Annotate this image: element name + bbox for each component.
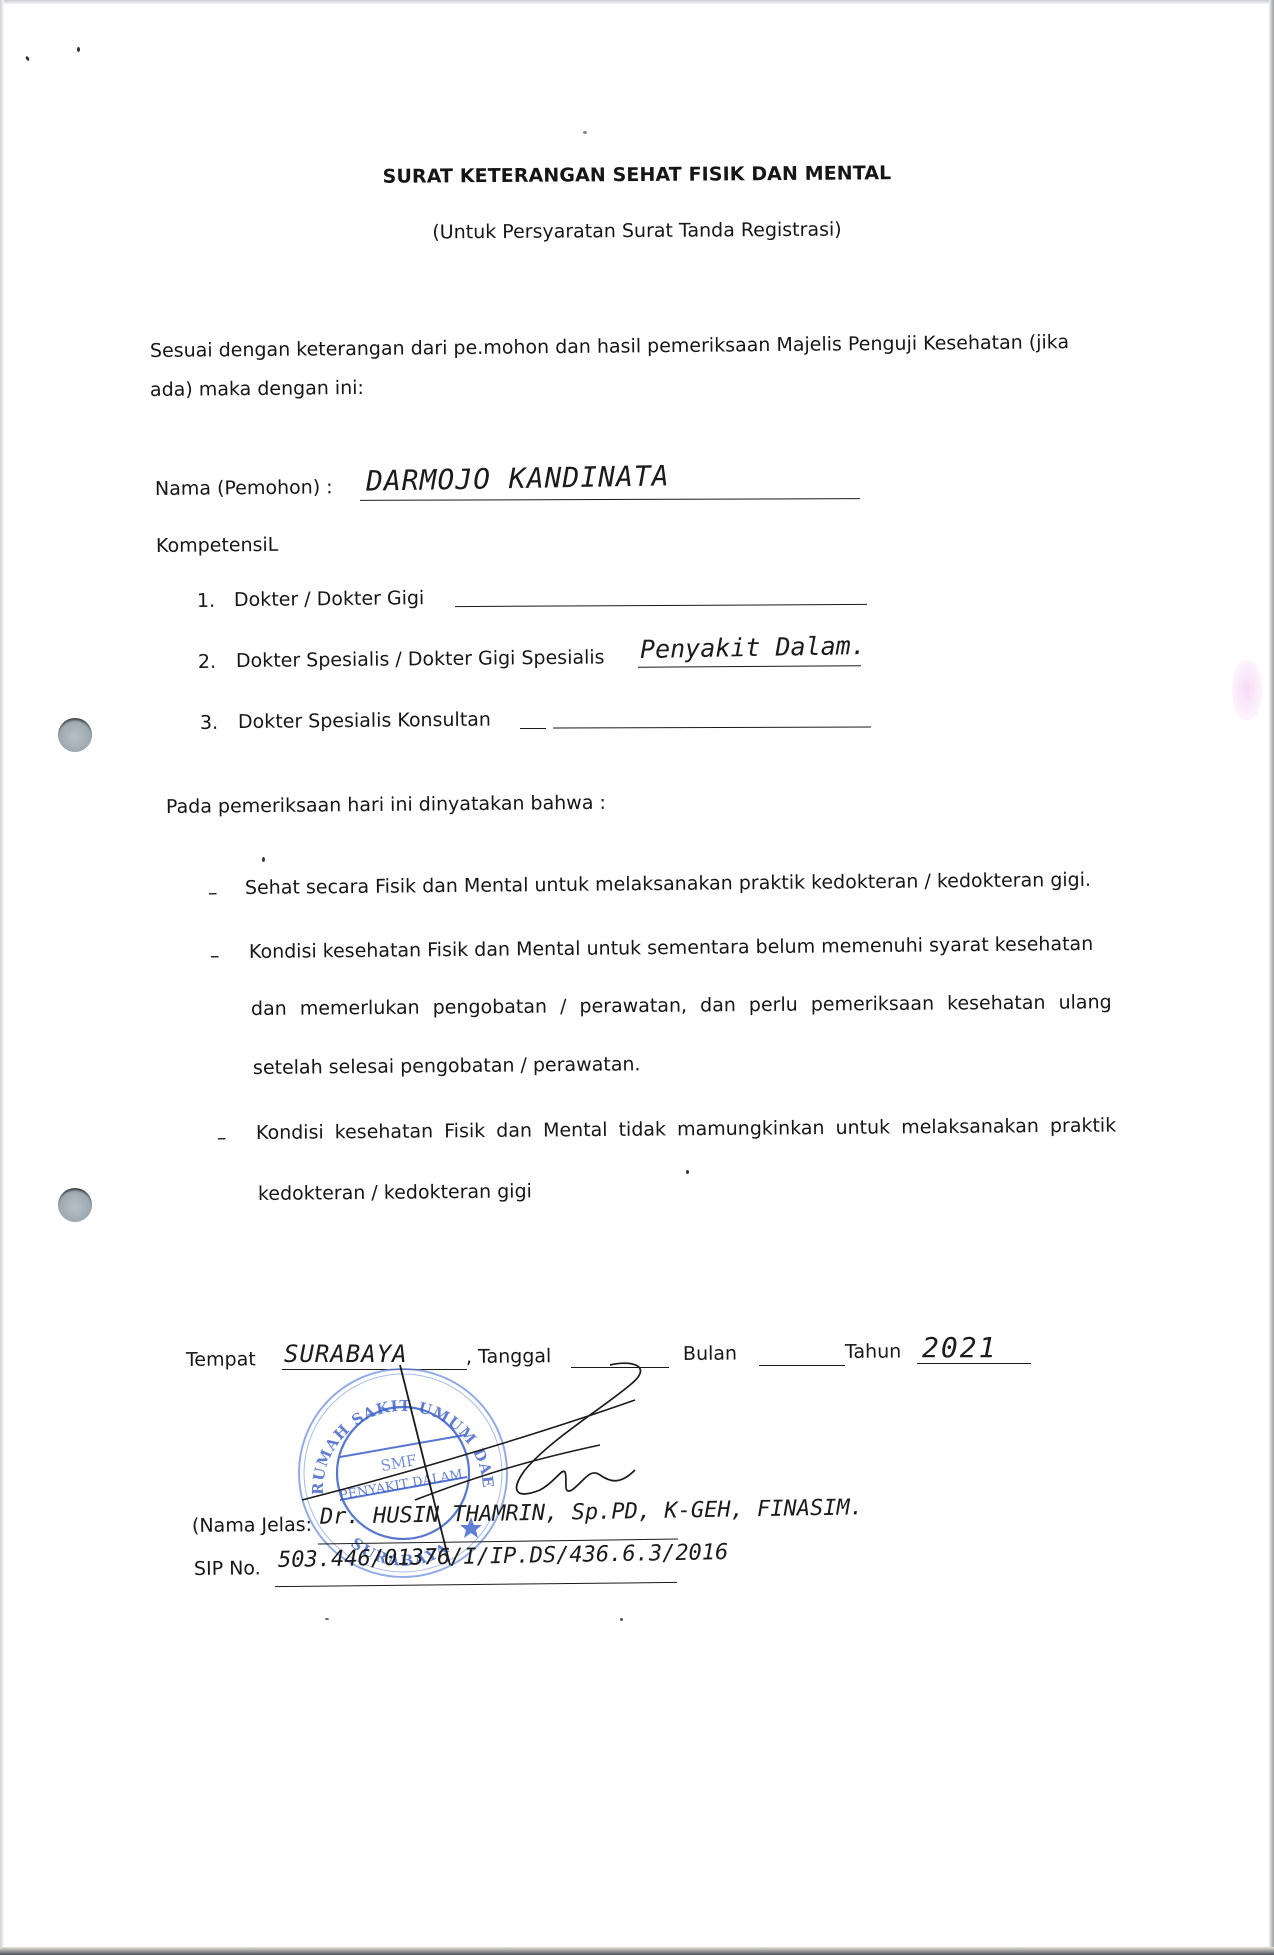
year-value[interactable]: 2021	[922, 1331, 997, 1364]
punch-hole-icon	[58, 718, 92, 752]
statement-3-bullet: –	[217, 1127, 227, 1149]
competence-item-1-underline	[455, 604, 867, 607]
dust-speck	[77, 47, 80, 52]
sip-number-label: SIP No.	[194, 1557, 261, 1580]
scan-edge-top	[0, 0, 1274, 4]
competence-item-1-label: Dokter / Dokter Gigi	[234, 587, 424, 611]
place-label: Tempat	[186, 1348, 256, 1371]
sip-number-underline	[275, 1582, 677, 1587]
dust-speck	[583, 131, 587, 134]
competence-item-3-underline-short	[520, 728, 546, 729]
competence-item-2-value[interactable]: Penyakit Dalam.	[640, 631, 866, 664]
competence-item-2-number: 2.	[198, 651, 216, 673]
applicant-name-value[interactable]: DARMOJO KANDINATA	[366, 459, 670, 497]
dust-speck	[262, 857, 265, 862]
applicant-name-underline	[360, 498, 860, 501]
competence-item-3-label: Dokter Spesialis Konsultan	[238, 709, 491, 733]
statement-1-bullet: –	[208, 882, 218, 904]
pink-smudge	[1232, 660, 1262, 720]
scan-edge-left	[0, 0, 4, 1955]
intro-text-line-1: Sesuai dengan keterangan dari pe.mohon d…	[150, 331, 1069, 362]
scan-edge-bottom	[0, 1947, 1274, 1955]
scan-edge-right	[1269, 0, 1274, 1955]
competence-item-3-number: 3.	[200, 712, 218, 734]
competence-item-3-underline	[553, 726, 871, 728]
competence-item-2-label: Dokter Spesialis / Dokter Gigi Spesialis	[236, 646, 605, 672]
statement-2-text-line-1: Kondisi kesehatan Fisik dan Mental untuk…	[249, 933, 1093, 963]
year-label: Tahun	[845, 1340, 901, 1363]
scanned-document-page: SURAT KETERANGAN SEHAT FISIK DAN MENTAL …	[0, 0, 1274, 1955]
competence-item-1-number: 1.	[197, 590, 215, 612]
month-label: Bulan	[683, 1342, 737, 1365]
punch-hole-icon	[58, 1188, 92, 1222]
dust-speck	[620, 1618, 623, 1621]
dust-speck	[325, 1618, 329, 1620]
document-title: SURAT KETERANGAN SEHAT FISIK DAN MENTAL	[0, 160, 1274, 191]
competence-item-2-underline	[638, 665, 861, 668]
statement-1-text: Sehat secara Fisik dan Mental untuk mela…	[245, 869, 1091, 899]
statement-3-text-line-1: Kondisi kesehatan Fisik dan Mental tidak…	[256, 1114, 1116, 1144]
document-subtitle: (Untuk Persyaratan Surat Tanda Registras…	[0, 216, 1274, 247]
statement-2-text-line-2: dan memerlukan pengobatan / perawatan, d…	[251, 991, 1112, 1020]
signatory-name-label: (Nama Jelas:	[192, 1514, 312, 1537]
competence-label: KompetensiL	[156, 534, 279, 557]
month-underline	[759, 1365, 845, 1366]
statement-3-text-line-2: kedokteran / kedokteran gigi	[258, 1180, 532, 1205]
statement-2-text-line-3: setelah selesai pengobatan / perawatan.	[253, 1053, 641, 1079]
statement-intro: Pada pemeriksaan hari ini dinyatakan bah…	[166, 792, 606, 818]
dust-speck	[686, 1170, 689, 1174]
applicant-name-label: Nama (Pemohon) :	[155, 476, 333, 500]
statement-2-bullet: –	[210, 945, 220, 967]
dust-speck	[25, 56, 30, 62]
intro-text-line-2: ada) maka dengan ini:	[150, 377, 364, 401]
